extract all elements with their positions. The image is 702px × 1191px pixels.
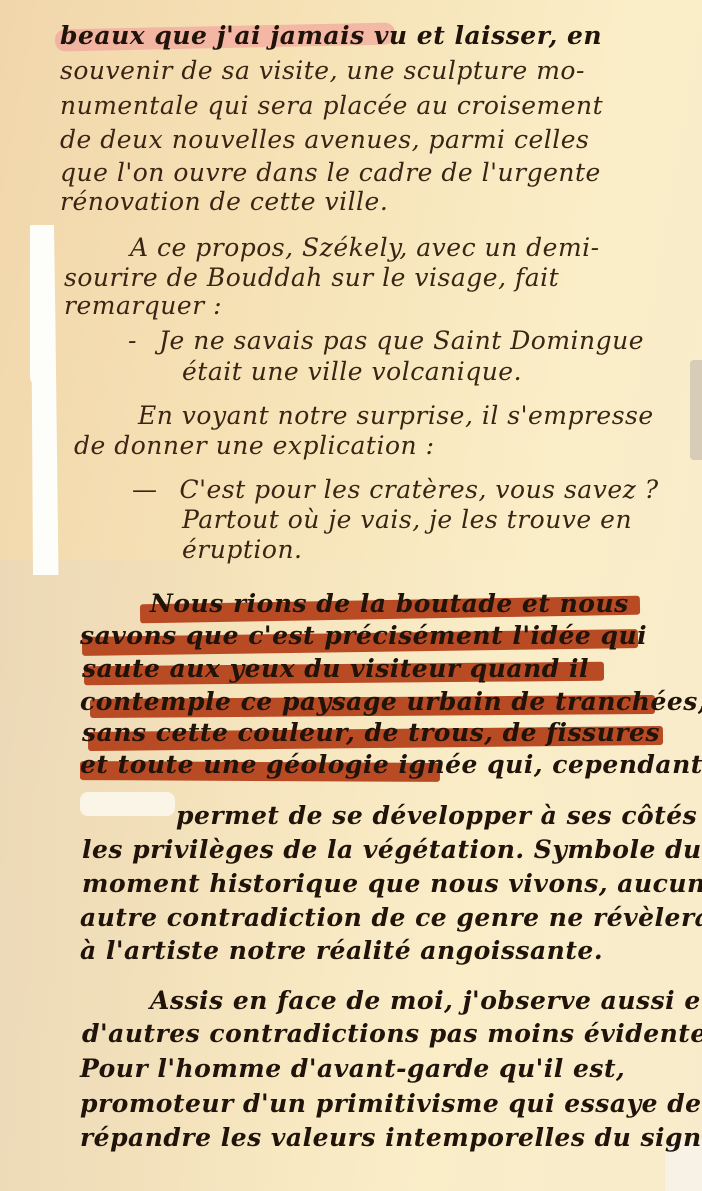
- text-line: éruption.: [182, 534, 303, 566]
- text-line: moment historique que nous vivons, aucun…: [82, 868, 702, 900]
- text-line: Pour l'homme d'avant-garde qu'il est,: [80, 1053, 625, 1085]
- text-line: sans cette couleur, de trous, de fissure…: [82, 717, 660, 749]
- text-line: répandre les valeurs intemporelles du si…: [80, 1122, 702, 1154]
- text-line: les privilèges de la végétation. Symbole…: [82, 834, 702, 866]
- text-line: saute aux yeux du visiteur quand il: [82, 653, 589, 685]
- correction-fluid-patch: [80, 792, 175, 816]
- text-line: beaux que j'ai jamais vu et laisser, en: [60, 20, 602, 52]
- text-line: que l'on ouvre dans le cadre de l'urgent…: [60, 157, 601, 189]
- dialogue-dash: -: [128, 326, 137, 355]
- text-line: et toute une géologie ignée qui, cependa…: [80, 749, 702, 781]
- text-line: Nous rions de la boutade et nous: [150, 588, 629, 620]
- text-line: était une ville volcanique.: [182, 356, 522, 388]
- correction-fluid-strip: [30, 225, 60, 575]
- dialogue-line: -Je ne savais pas que Saint Domingue: [128, 325, 644, 357]
- text-line: promoteur d'un primitivisme qui essaye d…: [80, 1088, 702, 1120]
- text-line: numentale qui sera placée au croisement: [60, 90, 603, 122]
- text-line: A ce propos, Székely, avec un demi-: [130, 232, 600, 264]
- page-edge-tab: [690, 360, 702, 460]
- text-line: remarquer :: [64, 290, 222, 322]
- text-line: d'autres contradictions pas moins éviden…: [82, 1018, 702, 1050]
- text-line: Assis en face de moi, j'observe aussi en…: [150, 985, 702, 1017]
- text-line: Partout où je vais, je les trouve en: [182, 504, 632, 536]
- text-line: contemple ce paysage urbain de tranchées…: [80, 686, 702, 718]
- text-line: En voyant notre surprise, il s'empresse: [138, 400, 654, 432]
- dialogue-dash: —: [132, 475, 158, 504]
- dialogue-line: —C'est pour les cratères, vous savez ?: [132, 474, 659, 506]
- text-line: autre contradiction de ce genre ne révèl…: [80, 902, 702, 934]
- text-line: de donner une explication :: [74, 430, 435, 462]
- text-line: de deux nouvelles avenues, parmi celles: [60, 124, 589, 156]
- text-line: souvenir de sa visite, une sculpture mo-: [60, 55, 585, 87]
- text-line: rénovation de cette ville.: [60, 186, 388, 218]
- text-line: permet de se développer à ses côtés: [176, 800, 697, 832]
- text-line: à l'artiste notre réalité angoissante.: [80, 935, 603, 967]
- text-line: savons que c'est précisément l'idée qui: [80, 620, 647, 652]
